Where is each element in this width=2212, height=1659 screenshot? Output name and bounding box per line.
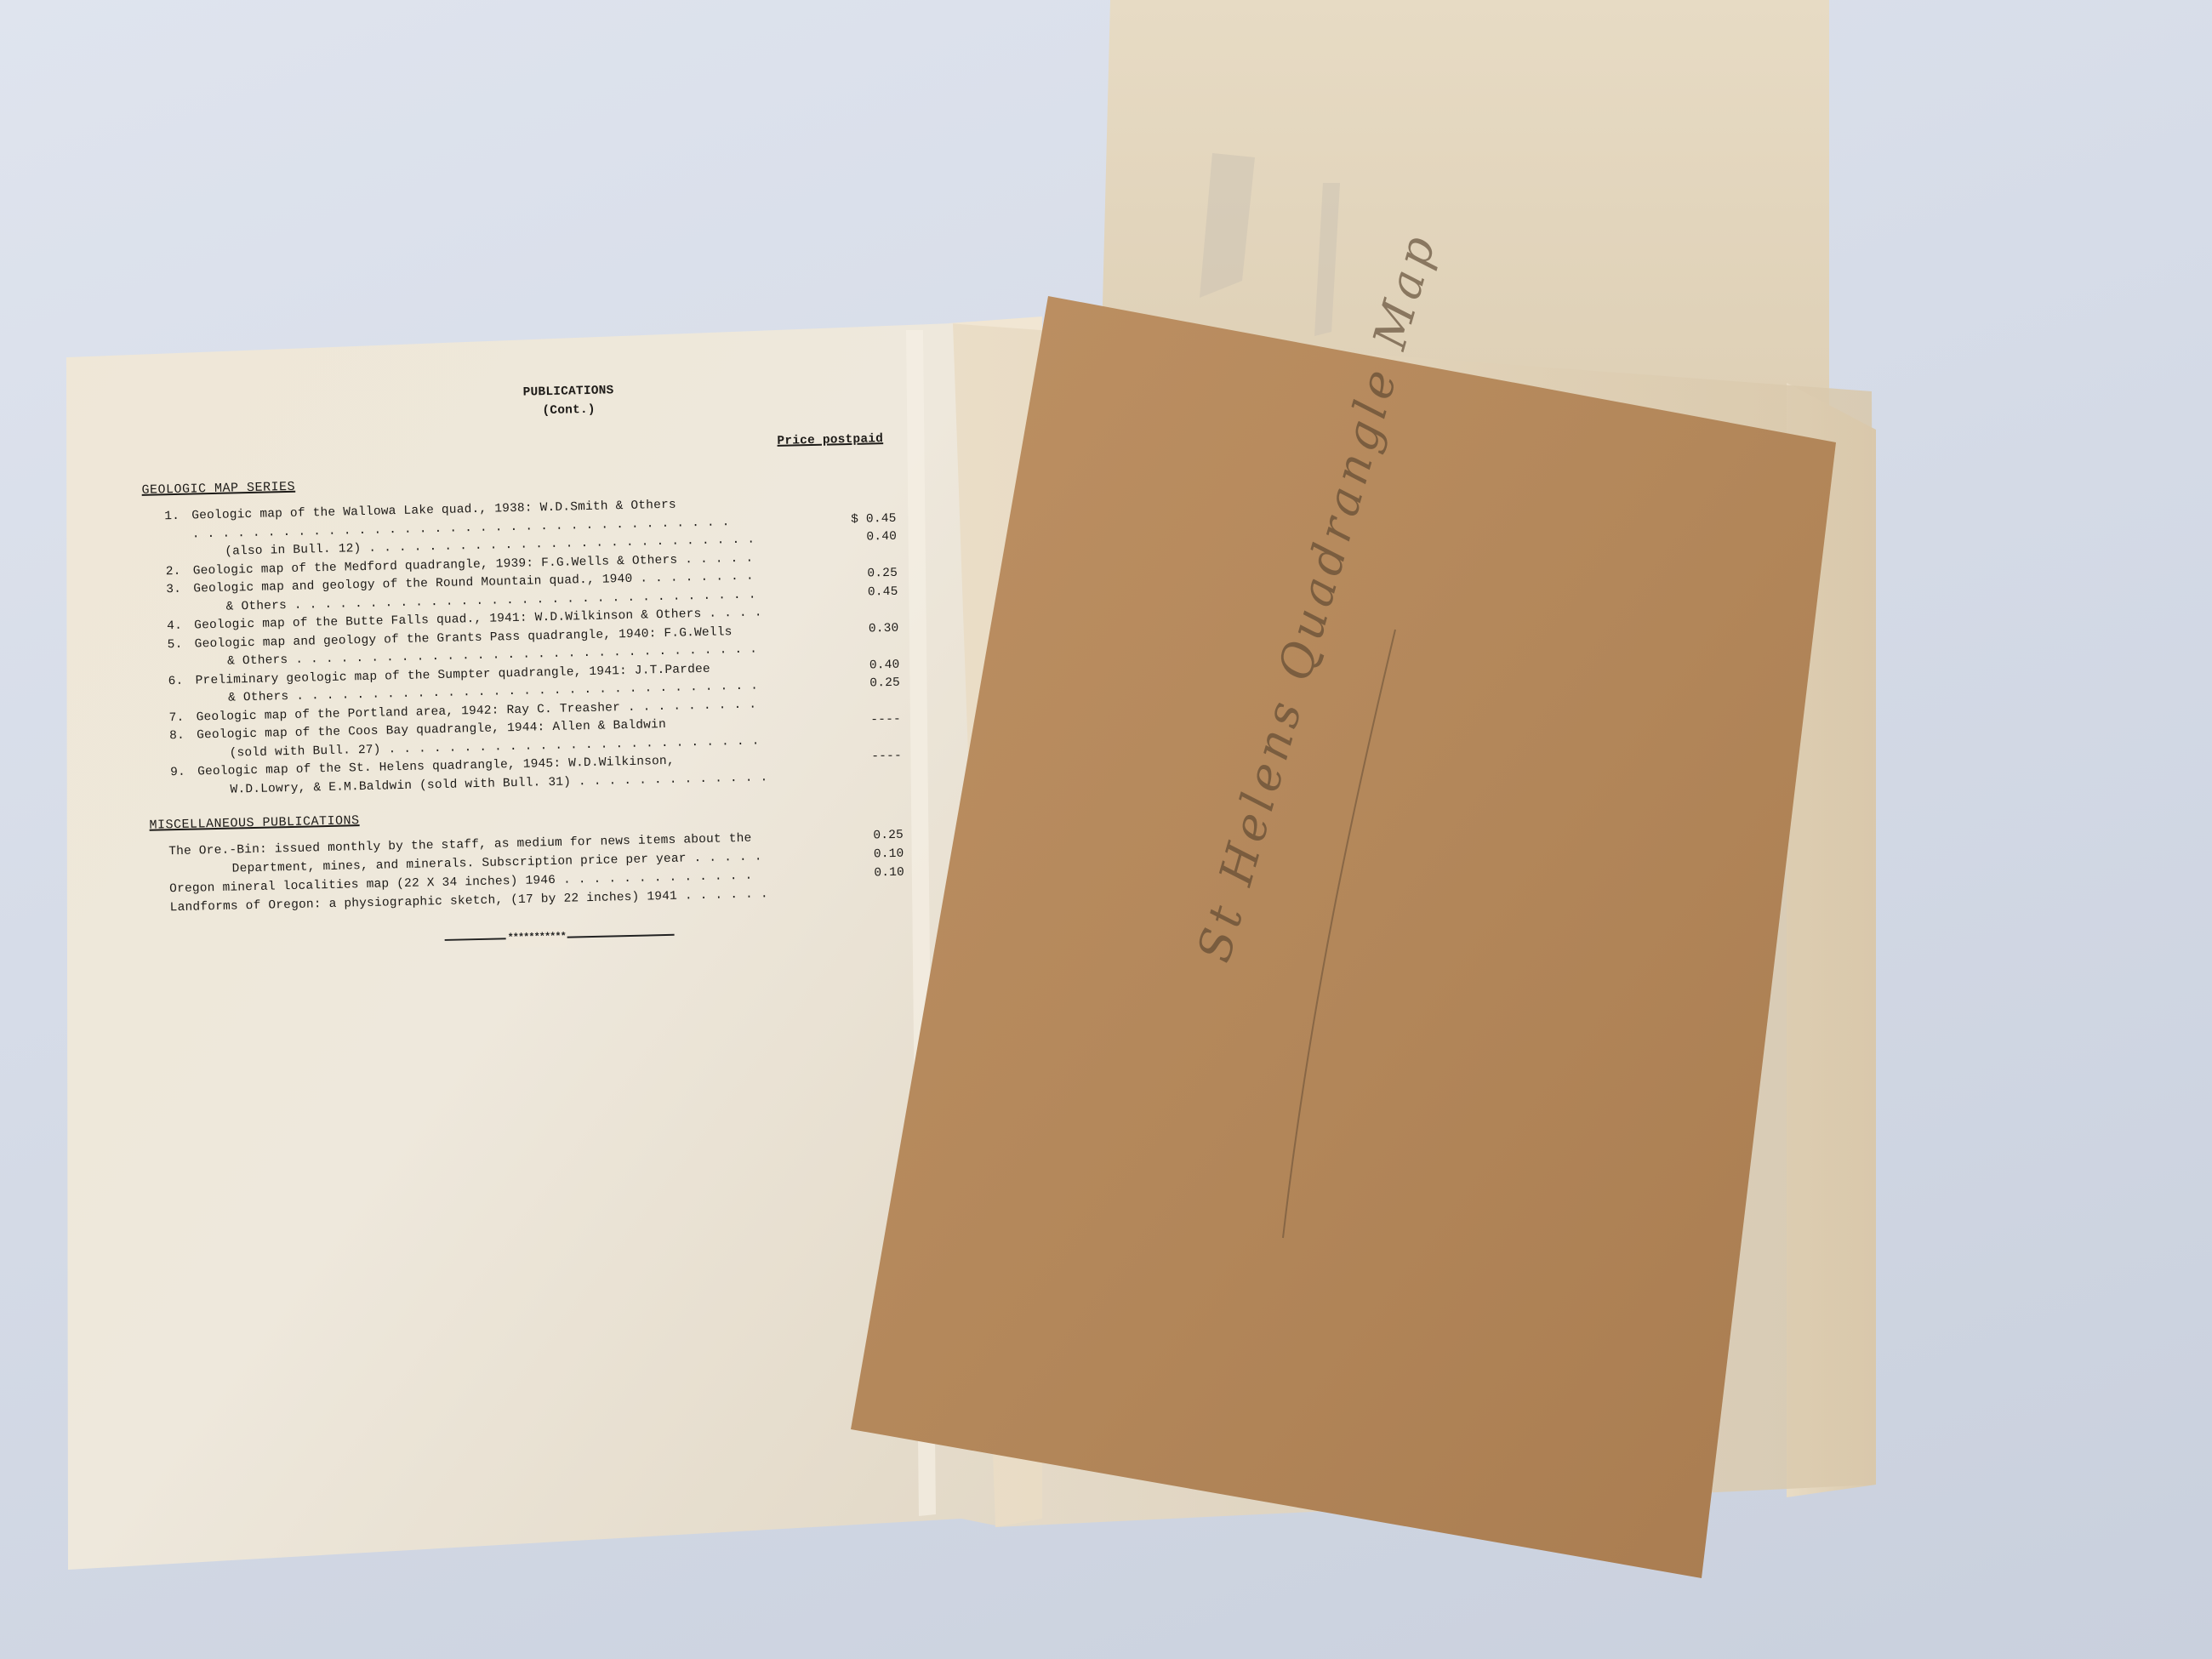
- divider-ornament: ***********: [505, 928, 567, 948]
- item-price: 0.25: [832, 675, 900, 694]
- item-number: 9.: [170, 764, 185, 783]
- item-number: 8.: [169, 727, 185, 746]
- item-number: 7.: [168, 709, 184, 727]
- price-header: Price postpaid: [777, 430, 883, 451]
- item-price: 0.25: [835, 827, 904, 847]
- item-number: 1.: [164, 508, 180, 527]
- item-number: 2.: [166, 562, 181, 581]
- item-price: 0.25: [829, 565, 898, 584]
- item-price: 0.40: [831, 656, 899, 676]
- item-price: ----: [833, 711, 901, 731]
- item-number: 3.: [166, 581, 181, 600]
- item-price: $ 0.45: [828, 510, 896, 529]
- item-number: 5.: [167, 636, 182, 654]
- section-heading-geologic: GEOLOGIC MAP SERIES: [141, 478, 295, 500]
- item-price: 0.40: [829, 528, 897, 548]
- item-price: ----: [834, 748, 902, 767]
- item-number: 6.: [168, 672, 183, 691]
- item-price: 0.45: [829, 583, 898, 602]
- item-number: 4.: [167, 618, 182, 636]
- publications-title: PUBLICATIONS (Cont.): [475, 381, 663, 422]
- item-price: 0.10: [836, 864, 904, 884]
- item-price: 0.30: [830, 619, 898, 639]
- item-price: 0.10: [835, 846, 904, 865]
